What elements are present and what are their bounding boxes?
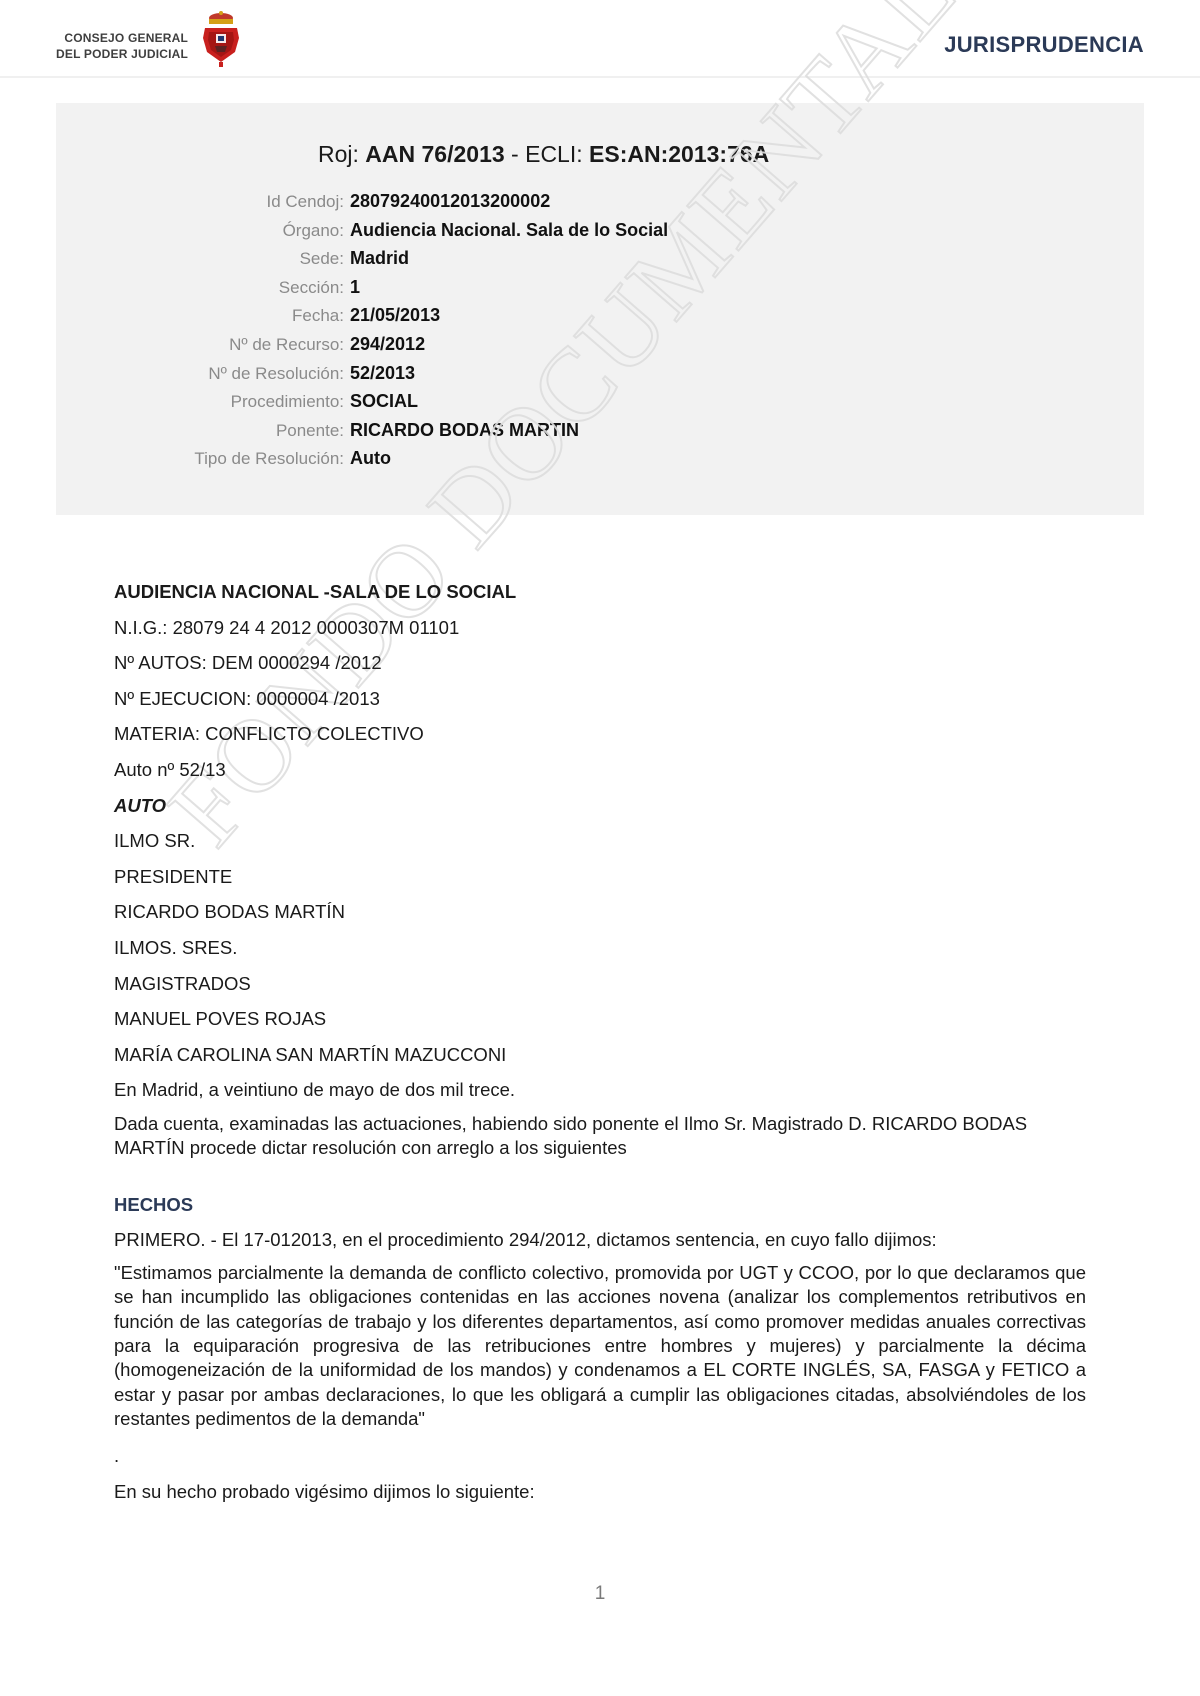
meta-value: Audiencia Nacional. Sala de lo Social — [350, 220, 668, 241]
meta-value: SOCIAL — [350, 391, 418, 412]
ejecucion-number: Nº EJECUCION: 0000004 /2013 — [114, 685, 1086, 721]
magistrado-2: MARÍA CAROLINA SAN MARTÍN MAZUCCONI — [114, 1041, 1086, 1077]
ecli-value: ES:AN:2013:76A — [589, 141, 769, 167]
meta-label: Nº de Resolución: — [56, 364, 350, 384]
meta-label: Fecha: — [56, 306, 350, 326]
meta-label: Órgano: — [56, 221, 350, 241]
magistrados-label: MAGISTRADOS — [114, 970, 1086, 1006]
meta-label: Procedimiento: — [56, 392, 350, 412]
meta-value: Auto — [350, 448, 391, 469]
meta-value: 21/05/2013 — [350, 305, 440, 326]
meta-label: Tipo de Resolución: — [56, 449, 350, 469]
magistrado-1: MANUEL POVES ROJAS — [114, 1005, 1086, 1041]
roj-ecli-heading: Roj: AAN 76/2013 - ECLI: ES:AN:2013:76A — [318, 141, 769, 168]
roj-value: AAN 76/2013 — [365, 141, 504, 167]
fallo-quote: "Estimamos parcialmente la demanda de co… — [114, 1261, 1086, 1431]
materia: MATERIA: CONFLICTO COLECTIVO — [114, 720, 1086, 756]
meta-row-sede: Sede:Madrid — [56, 248, 1144, 277]
meta-row-recurso: Nº de Recurso:294/2012 — [56, 334, 1144, 363]
roj-label: Roj: — [318, 141, 359, 167]
document-body: AUDIENCIA NACIONAL -SALA DE LO SOCIAL N.… — [114, 578, 1086, 1513]
roj-separator: - — [505, 141, 525, 167]
meta-label: Ponente: — [56, 421, 350, 441]
court-name: AUDIENCIA NACIONAL -SALA DE LO SOCIAL — [114, 578, 1086, 614]
meta-row-tipo: Tipo de Resolución:Auto — [56, 448, 1144, 477]
logo-line-2: DEL PODER JUDICIAL — [56, 46, 188, 62]
ilmos-sres: ILMOS. SRES. — [114, 934, 1086, 970]
jurisprudencia-title: JURISPRUDENCIA — [944, 32, 1144, 58]
meta-row-id-cendoj: Id Cendoj:28079240012013200002 — [56, 191, 1144, 220]
metadata-fields: Id Cendoj:28079240012013200002 Órgano:Au… — [56, 191, 1144, 477]
meta-value: 294/2012 — [350, 334, 425, 355]
meta-label: Sección: — [56, 278, 350, 298]
page-number: 1 — [0, 1583, 1200, 1605]
separator-dot: . — [114, 1442, 1086, 1478]
meta-value: 28079240012013200002 — [350, 191, 550, 212]
meta-row-resolucion: Nº de Resolución:52/2013 — [56, 363, 1144, 392]
meta-label: Sede: — [56, 249, 350, 269]
meta-row-ponente: Ponente:RICARDO BODAS MARTIN — [56, 420, 1144, 449]
presidente-label: PRESIDENTE — [114, 863, 1086, 899]
place-date: En Madrid, a veintiuno de mayo de dos mi… — [114, 1076, 1086, 1112]
hecho-probado: En su hecho probado vigésimo dijimos lo … — [114, 1478, 1086, 1514]
intro-paragraph: Dada cuenta, examinadas las actuaciones,… — [114, 1112, 1086, 1161]
auto-number: Auto nº 52/13 — [114, 756, 1086, 792]
meta-row-procedimiento: Procedimiento:SOCIAL — [56, 391, 1144, 420]
cgpj-logo-text: CONSEJO GENERAL DEL PODER JUDICIAL — [56, 30, 188, 62]
meta-row-organo: Órgano:Audiencia Nacional. Sala de lo So… — [56, 220, 1144, 249]
primero-paragraph: PRIMERO. - El 17-012013, en el procedimi… — [114, 1226, 1086, 1262]
meta-value: 52/2013 — [350, 363, 415, 384]
metadata-panel: Roj: AAN 76/2013 - ECLI: ES:AN:2013:76A … — [56, 103, 1144, 515]
meta-value: 1 — [350, 277, 360, 298]
nig: N.I.G.: 28079 24 4 2012 0000307M 01101 — [114, 614, 1086, 650]
page-header: CONSEJO GENERAL DEL PODER JUDICIAL JURIS… — [0, 0, 1200, 78]
ecli-label: ECLI: — [525, 141, 583, 167]
logo-line-1: CONSEJO GENERAL — [56, 30, 188, 46]
royal-crest-icon — [199, 10, 243, 68]
hechos-heading: HECHOS — [114, 1191, 1086, 1226]
meta-row-fecha: Fecha:21/05/2013 — [56, 305, 1144, 334]
meta-label: Id Cendoj: — [56, 192, 350, 212]
presidente-name: RICARDO BODAS MARTÍN — [114, 898, 1086, 934]
meta-value: RICARDO BODAS MARTIN — [350, 420, 579, 441]
meta-label: Nº de Recurso: — [56, 335, 350, 355]
autos-number: Nº AUTOS: DEM 0000294 /2012 — [114, 649, 1086, 685]
meta-row-seccion: Sección:1 — [56, 277, 1144, 306]
auto-title: AUTO — [114, 792, 1086, 828]
ilmo-sr: ILMO SR. — [114, 827, 1086, 863]
meta-value: Madrid — [350, 248, 409, 269]
